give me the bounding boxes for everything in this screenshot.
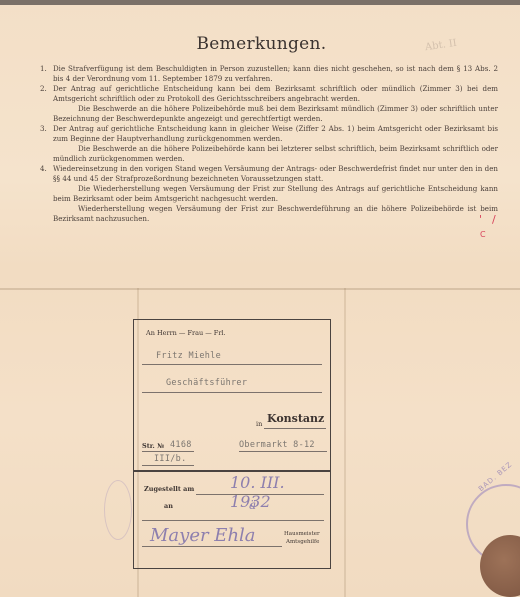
document-page: Bemerkungen. Abt. II 1. Die Strafverfügu… <box>0 0 520 597</box>
remark-item-4: 4. Wiedereinsetzung in den vorigen Stand… <box>40 164 498 224</box>
city-underline <box>264 428 326 429</box>
remark-item-1: 1. Die Strafverfügung ist dem Beschuldig… <box>40 64 498 84</box>
page-top-edge <box>0 0 520 5</box>
remark-paragraph: Der Antrag auf gerichtliche Entscheidung… <box>53 84 498 104</box>
street-underline <box>239 451 327 452</box>
reference-number: 4168 <box>170 440 192 450</box>
box-divider <box>134 470 330 472</box>
remark-paragraph: Die Beschwerde an die höhere Polizeibehö… <box>53 104 498 124</box>
recipient-occupation: Geschäftsführer <box>166 378 247 388</box>
remark-number: 1. <box>40 64 53 84</box>
name-underline <box>142 364 322 365</box>
red-pencil-mark: ' <box>479 213 482 226</box>
remark-paragraph: Der Antrag auf gerichtliche Entscheidung… <box>53 124 498 144</box>
faint-stamp-left <box>104 480 132 540</box>
salutation-label: An Herrn — Frau — Frl. <box>146 329 226 337</box>
remark-paragraph: Die Wiederherstellung wegen Versäumung d… <box>53 184 498 204</box>
red-pencil-mark: / <box>492 213 496 226</box>
remark-paragraph: Die Strafverfügung ist dem Beschuldigten… <box>53 64 498 84</box>
recipient-street: Obermarkt 8-12 <box>239 440 315 450</box>
reference-department: III/b. <box>154 454 187 464</box>
red-pencil-mark: C <box>480 230 486 239</box>
remark-paragraph: Wiedereinsetzung in den vorigen Stand we… <box>53 164 498 184</box>
recipient-handwritten-mark: ä <box>249 498 256 512</box>
reference-label: Str. № <box>142 442 164 450</box>
signature-underline <box>142 546 282 547</box>
signer-role-1: Hausmeister <box>284 531 320 537</box>
signer-role-2: Amtsgehilfe <box>286 539 319 545</box>
occupation-underline <box>142 392 322 393</box>
recipient-city: Konstanz <box>267 412 324 425</box>
delivered-date: 10. III. 1932 <box>230 473 330 511</box>
signature: Mayer Ehla <box>150 525 256 546</box>
delivered-label: Zugestellt am <box>144 485 194 493</box>
department-underline <box>142 465 194 466</box>
to-label: an <box>164 502 173 510</box>
reference-underline <box>142 451 194 452</box>
remark-number: 4. <box>40 164 53 224</box>
in-label: in <box>256 420 262 428</box>
remark-number: 2. <box>40 84 53 124</box>
recipient-name: Fritz Miehle <box>156 351 221 361</box>
remark-item-3: 3. Der Antrag auf gerichtliche Entscheid… <box>40 124 498 164</box>
fold-line-horizontal <box>0 288 520 290</box>
remark-paragraph: Die Beschwerde an die höhere Polizeibehö… <box>53 144 498 164</box>
date-underline <box>196 494 324 495</box>
address-box: An Herrn — Frau — Frl. Fritz Miehle Gesc… <box>133 319 331 569</box>
remarks-list: 1. Die Strafverfügung ist dem Beschuldig… <box>40 64 498 224</box>
to-underline <box>142 520 324 521</box>
remark-number: 3. <box>40 124 53 164</box>
remark-item-2: 2. Der Antrag auf gerichtliche Entscheid… <box>40 84 498 124</box>
remark-paragraph: Wiederherstellung wegen Versäumung der F… <box>53 204 498 224</box>
fold-line-vertical-right <box>344 288 346 597</box>
